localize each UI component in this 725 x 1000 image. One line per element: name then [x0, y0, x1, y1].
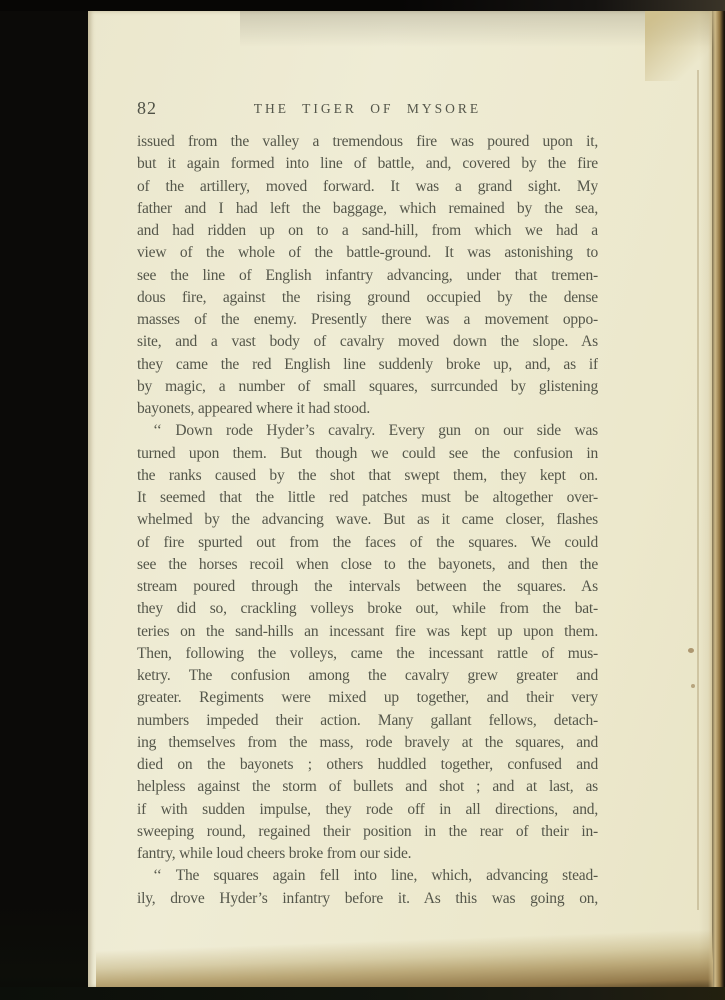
text-line: issued from the valley a tremendous fire… [137, 131, 598, 153]
text-line: Then, following the volleys, came the in… [137, 643, 598, 665]
text-line: they did so, crackling volleys broke out… [137, 598, 598, 620]
text-line: greater. Regiments were mixed up togethe… [137, 687, 598, 709]
book-scan: 82 THE TIGER OF MYSORE issued from the v… [0, 0, 725, 1000]
text-line: turned upon them. But though we could se… [137, 443, 598, 465]
page-text: issued from the valley a tremendous fire… [137, 131, 598, 910]
text-line: ‘‘ Down rode Hyder’s cavalry. Every gun … [137, 420, 598, 442]
text-line: teries on the sand-hills an incessant fi… [137, 621, 598, 643]
text-line: site, and a vast body of cavalry moved d… [137, 331, 598, 353]
text-line: sweeping round, regained their position … [137, 821, 598, 843]
text-line: ketry. The confusion among the cavalry g… [137, 665, 598, 687]
text-line: dous fire, against the rising ground occ… [137, 287, 598, 309]
text-line: fantry, while loud cheers broke from our… [137, 843, 598, 865]
text-line: if with sudden impulse, they rode off in… [137, 799, 598, 821]
text-line: died on the bayonets ; others huddled to… [137, 754, 598, 776]
running-title: THE TIGER OF MYSORE [137, 96, 598, 117]
text-line: ily, drove Hyder’s infantry before it. A… [137, 888, 598, 910]
text-line: they came the red English line suddenly … [137, 354, 598, 376]
text-line: of the artillery, moved forward. It was … [137, 176, 598, 198]
book-page: 82 THE TIGER OF MYSORE issued from the v… [88, 11, 712, 987]
text-line: masses of the enemy. Presently there was… [137, 309, 598, 331]
text-line: numbers impeded their action. Many galla… [137, 710, 598, 732]
text-line: stream poured through the intervals betw… [137, 576, 598, 598]
text-line: ‘‘ The squares again fell into line, whi… [137, 865, 598, 887]
text-line: by magic, a number of small squares, sur… [137, 376, 598, 398]
scan-background-bottom [0, 987, 725, 1000]
text-line: It seemed that the little red patches mu… [137, 487, 598, 509]
page-number: 82 [137, 98, 157, 119]
scan-background-top [0, 0, 725, 11]
text-line: father and I had left the baggage, which… [137, 198, 598, 220]
text-line: whelmed by the advancing wave. But as it… [137, 509, 598, 531]
text-line: see the horses recoil when close to the … [137, 554, 598, 576]
text-line: see the line of English infantry advanci… [137, 265, 598, 287]
foxing-spot [688, 648, 694, 653]
text-line: and had ridden up on to a sand-hill, fro… [137, 220, 598, 242]
text-line: of fire spurted out from the faces of th… [137, 532, 598, 554]
text-line: the ranks caused by the shot that swept … [137, 465, 598, 487]
text-line: helpless against the storm of bullets an… [137, 776, 598, 798]
book-left-page-edges [0, 0, 90, 1000]
bottom-page-edges [96, 909, 713, 987]
text-line: view of the whole of the battle-ground. … [137, 242, 598, 264]
page-header: 82 THE TIGER OF MYSORE [137, 96, 598, 122]
text-line: bayonets, appeared where it had stood. [137, 398, 598, 420]
foxing-spot [691, 684, 695, 688]
text-line: but it again formed into line of battle,… [137, 153, 598, 175]
text-line: ing themselves from the mass, rode brave… [137, 732, 598, 754]
book-right-edge [699, 0, 725, 1000]
